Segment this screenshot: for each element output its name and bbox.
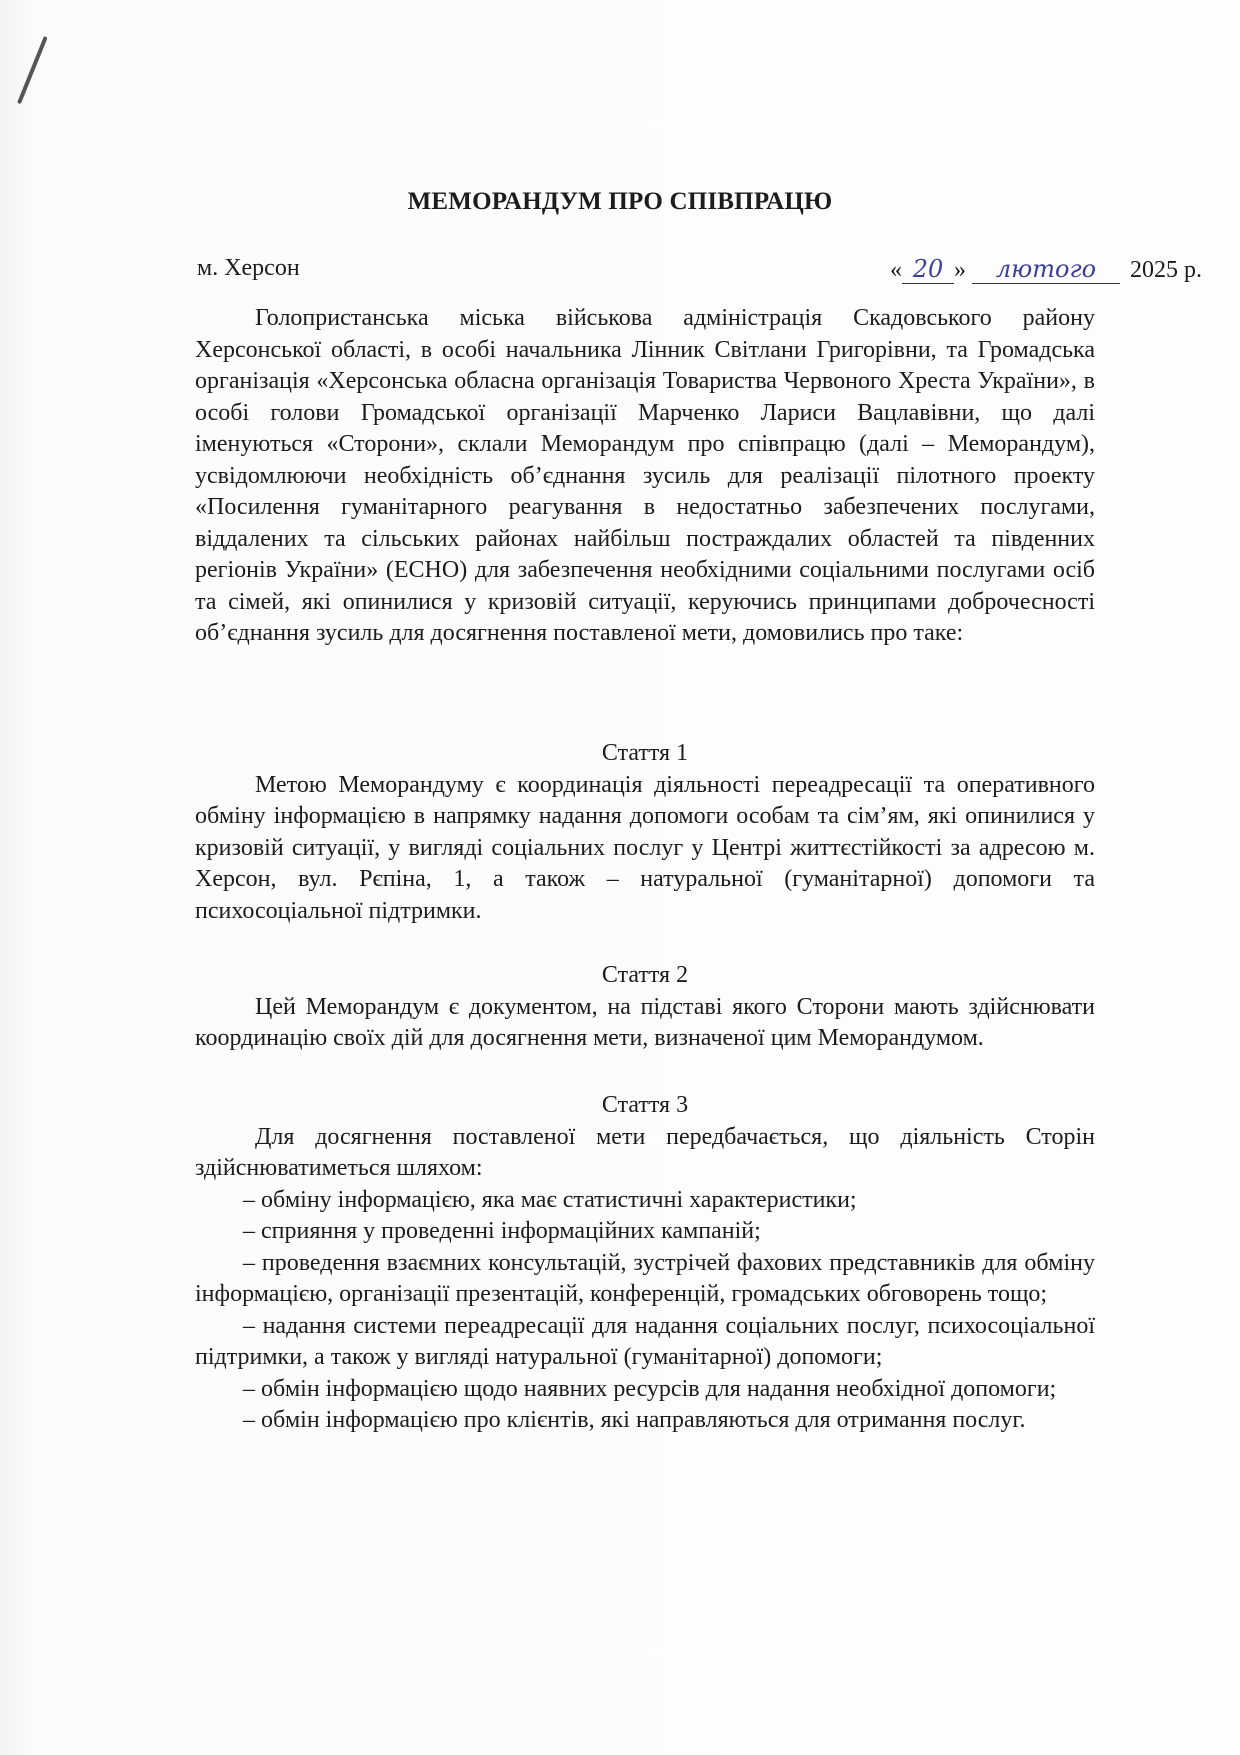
article-3-text: Для досягнення поставленої мети передбач…	[195, 1122, 1095, 1185]
date-day-handwritten: 20	[902, 255, 954, 284]
article-3-item: – обмін інформацією про клієнтів, які на…	[195, 1405, 1095, 1437]
article-3-item: – надання системи переадресації для нада…	[195, 1311, 1095, 1374]
article-3-item: – обмін інформацією щодо наявних ресурсі…	[195, 1374, 1095, 1406]
date-close-quote: »	[954, 257, 966, 283]
article-2: Стаття 2 Цей Меморандум є документом, на…	[195, 960, 1095, 1055]
document-page: МЕМОРАНДУМ ПРО СПІВПРАЦЮ м. Херсон «20»л…	[0, 0, 1240, 1755]
article-3-heading: Стаття 3	[195, 1090, 1095, 1122]
article-3-item: – проведення взаємних консультацій, зуст…	[195, 1248, 1095, 1311]
document-city: м. Херсон	[197, 255, 300, 282]
pen-mark	[17, 36, 48, 104]
document-date: «20»лютого2025 р.	[890, 255, 1202, 284]
date-month-handwritten: лютого	[972, 255, 1120, 284]
preamble-paragraph: Голопристанська міська військова адмініс…	[195, 303, 1095, 650]
article-2-heading: Стаття 2	[195, 960, 1095, 992]
preamble-block: Голопристанська міська військова адмініс…	[195, 303, 1095, 650]
article-3: Стаття 3 Для досягнення поставленої мети…	[195, 1090, 1095, 1437]
article-1-text: Метою Меморандуму є координація діяльнос…	[195, 770, 1095, 928]
date-open-quote: «	[890, 257, 902, 283]
document-title: МЕМОРАНДУМ ПРО СПІВПРАЦЮ	[0, 188, 1240, 216]
article-3-item: – обміну інформацією, яка має статистичн…	[195, 1185, 1095, 1217]
article-1: Стаття 1 Метою Меморандуму є координація…	[195, 738, 1095, 927]
article-3-item: – сприяння у проведенні інформаційних ка…	[195, 1216, 1095, 1248]
article-2-text: Цей Меморандум є документом, на підставі…	[195, 992, 1095, 1055]
date-year: 2025 р.	[1130, 257, 1202, 283]
article-1-heading: Стаття 1	[195, 738, 1095, 770]
